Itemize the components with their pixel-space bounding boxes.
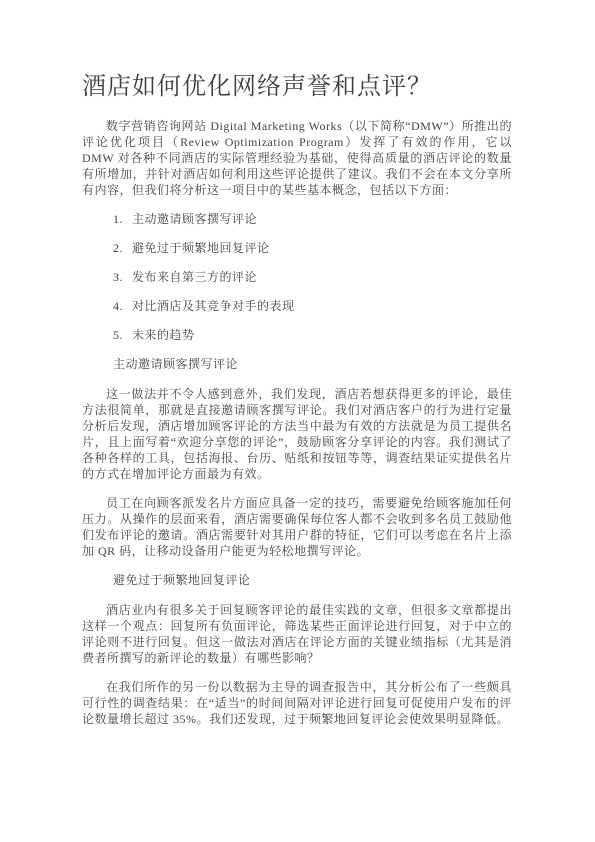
list-item-label: 未来的趋势 [132,327,195,343]
list-item: 5. 未来的趋势 [113,327,512,343]
section-heading-avoid-frequent-replies: 避免过于频繁地回复评论 [82,572,512,588]
list-item-label: 避免过于频繁地回复评论 [132,240,270,256]
section-paragraph: 员工在向顾客派发名片方面应具备一定的技巧，需要避免给顾客施加任何压力。从操作的层… [82,495,512,559]
list-item-label: 发布来自第三方的评论 [132,269,257,285]
list-item-label: 对比酒店及其竞争对手的表现 [132,298,295,314]
section-paragraph: 这一做法并不令人感到意外，我们发现，酒店若想获得更多的评论，最佳方法很简单，那就… [82,386,512,482]
list-item: 4. 对比酒店及其竞争对手的表现 [113,298,512,314]
document-page: 酒店如何优化网络声誉和点评？ 数字营销咨询网站 Digital Marketin… [0,0,595,842]
list-item: 1. 主动邀请顾客撰写评论 [113,211,512,227]
list-item-number: 1. [113,211,132,227]
list-item-number: 2. [113,240,132,256]
section-heading-invite-reviews: 主动邀请顾客撰写评论 [82,356,512,372]
section-paragraph: 酒店业内有很多关于回复顾客评论的最佳实践的文章，但很多文章都提出这样一个观点：回… [82,602,512,666]
intro-paragraph: 数字营销咨询网站 Digital Marketing Works（以下简称“DM… [82,118,512,198]
section-paragraph: 在我们所作的另一份以数据为主导的调查报告中，其分析公布了一些颇具可行性的调查结果… [82,679,512,727]
list-item-number: 4. [113,298,132,314]
list-item: 2. 避免过于频繁地回复评论 [113,240,512,256]
list-item-number: 5. [113,327,132,343]
list-item-label: 主动邀请顾客撰写评论 [132,211,257,227]
list-item-number: 3. [113,269,132,285]
list-item: 3. 发布来自第三方的评论 [113,269,512,285]
page-title: 酒店如何优化网络声誉和点评？ [82,70,512,104]
topic-list: 1. 主动邀请顾客撰写评论 2. 避免过于频繁地回复评论 3. 发布来自第三方的… [82,211,512,343]
